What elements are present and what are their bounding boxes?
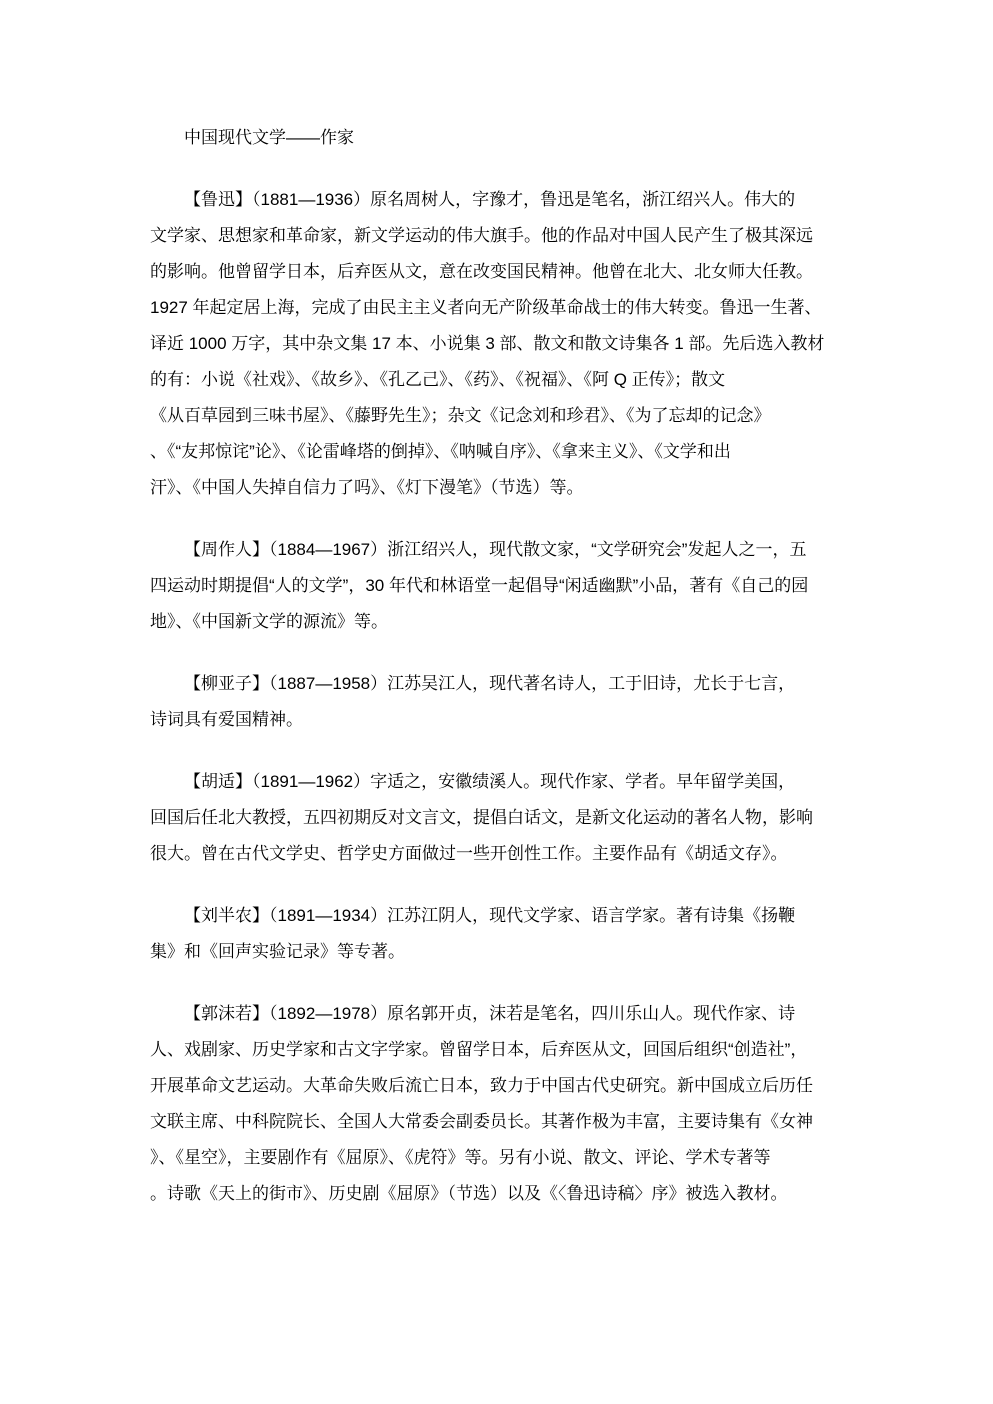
entry-luxun: 【鲁迅】（1881—1936）原名周树人，字豫才，鲁迅是笔名，浙江绍兴人。伟大的… — [150, 182, 848, 506]
document-title: 中国现代文学——作家 — [150, 120, 848, 156]
entry-guomoruo: 【郭沫若】（1892—1978）原名郭开贞，沫若是笔名，四川乐山人。现代作家、诗… — [150, 996, 848, 1212]
entry-liuyazi: 【柳亚子】（1887—1958）江苏吴江人，现代著名诗人，工于旧诗，尤长于七言，… — [150, 666, 848, 738]
entry-hushi: 【胡适】（1891—1962）字适之，安徽绩溪人。现代作家、学者。早年留学美国，… — [150, 764, 848, 872]
entry-liubannong: 【刘半农】（1891—1934）江苏江阴人，现代文学家、语言学家。著有诗集《扬鞭… — [150, 898, 848, 970]
entry-zhouzuoren: 【周作人】（1884—1967）浙江绍兴人，现代散文家，“文学研究会”发起人之一… — [150, 532, 848, 640]
document-page: 中国现代文学——作家 【鲁迅】（1881—1936）原名周树人，字豫才，鲁迅是笔… — [0, 0, 993, 1404]
